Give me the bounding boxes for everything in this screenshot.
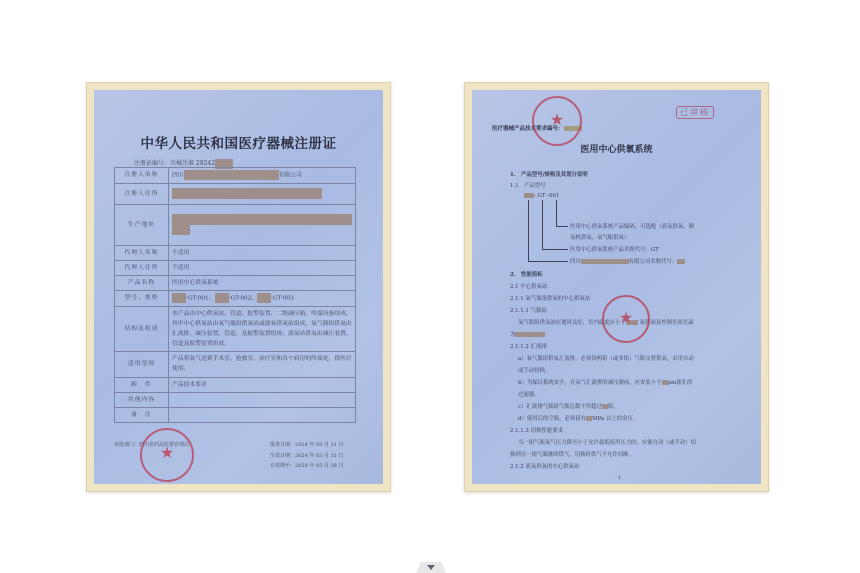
redaction-block <box>172 188 322 199</box>
table-row: 注册人名称 四川有限公司 <box>115 168 356 184</box>
table-row: 产品名称 医用中心供氧系统 <box>115 275 356 290</box>
collapse-toggle-button[interactable] <box>416 562 446 573</box>
redaction-block <box>172 214 352 225</box>
model-code: - GT -001 <box>524 193 559 199</box>
table-row: 备 注 <box>115 407 356 422</box>
table-row: 结构及组成 本产品由中心供氧站、管道、报警装置、二级减压箱、终端设备组成。其中中… <box>115 306 356 352</box>
table-row: 附 件 产品技术要求 <box>115 377 356 392</box>
redaction-block <box>184 170 279 180</box>
chevron-down-icon <box>427 565 435 570</box>
page-number: 1 <box>618 475 621 481</box>
official-seal-icon: ★ <box>532 96 582 146</box>
certificate-image-frame[interactable]: 中华人民共和国医疗器械注册证 注册证编号：川械注准 29242 注册人名称 四川… <box>86 82 391 492</box>
tech-document-image-frame[interactable]: 医疗器械产品技术要求编号： ★ 已审核 医用中心供氧系统 1. 产品型号/规格及… <box>464 82 769 492</box>
doc-title: 医用中心供氧系统 <box>472 142 761 155</box>
official-seal-icon: ★ <box>140 428 194 482</box>
official-seal-icon: ★ <box>602 295 650 343</box>
table-row: 型号、规格 -GT-001、-GT-002、-GT-003 <box>115 291 356 307</box>
table-row: 生产地址 <box>115 204 356 245</box>
table-row: 注册人住所 <box>115 183 356 204</box>
certificate-title: 中华人民共和国医疗器械注册证 <box>94 132 383 152</box>
table-row: 代理人名称 不适用 <box>115 245 356 260</box>
certificate-table: 注册人名称 四川有限公司 注册人住所 生产地址 代理人名称 不适用 代理人住所 … <box>114 167 356 423</box>
table-row: 适用范围 产品将氧气送到手术室、抢救室、治疗室和各个病房的终端处，供医疗使用。 <box>115 352 356 377</box>
tech-document-paper: 医疗器械产品技术要求编号： ★ 已审核 医用中心供氧系统 1. 产品型号/规格及… <box>472 90 761 484</box>
certificate-paper: 中华人民共和国医疗器械注册证 注册证编号：川械注准 29242 注册人名称 四川… <box>94 90 383 484</box>
table-row: 其他内容 <box>115 392 356 407</box>
reviewed-stamp: 已审核 <box>676 106 714 119</box>
redaction-block <box>172 225 190 235</box>
certificate-dates: 批准日期：2024 年 03 月 31 日 生效日期：2024 年 03 月 3… <box>270 440 343 472</box>
table-row: 代理人住所 不适用 <box>115 260 356 275</box>
tree-line <box>528 200 530 262</box>
